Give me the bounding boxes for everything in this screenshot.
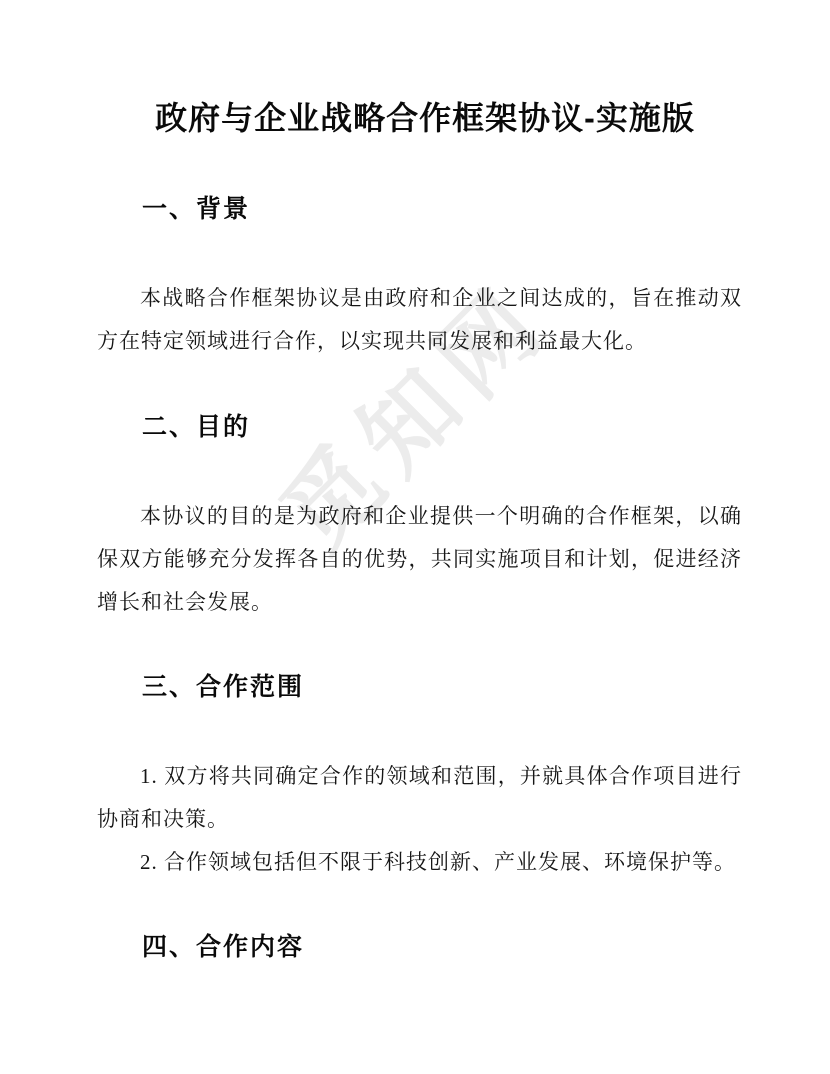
document-page: 觅知网 政府与企业战略合作框架协议-实施版 一、背景 本战略合作框架协议是由政府… — [0, 0, 830, 1074]
paragraph: 本战略合作框架协议是由政府和企业之间达成的，旨在推动双方在特定领域进行合作，以实… — [97, 277, 742, 363]
section-heading-cooperation-content: 四、合作内容 — [142, 933, 304, 962]
section-body-cooperation-scope: 1. 双方将共同确定合作的领域和范围，并就具体合作项目进行协商和决策。 2. 合… — [97, 755, 742, 884]
paragraph: 本协议的目的是为政府和企业提供一个明确的合作框架，以确保双方能够充分发挥各自的优… — [97, 495, 742, 624]
section-heading-background: 一、背景 — [142, 195, 250, 224]
section-body-background: 本战略合作框架协议是由政府和企业之间达成的，旨在推动双方在特定领域进行合作，以实… — [97, 277, 742, 363]
document-title: 政府与企业战略合作框架协议-实施版 — [20, 99, 830, 137]
section-heading-cooperation-scope: 三、合作范围 — [142, 673, 304, 702]
section-heading-purpose: 二、目的 — [142, 413, 250, 442]
section-body-purpose: 本协议的目的是为政府和企业提供一个明确的合作框架，以确保双方能够充分发挥各自的优… — [97, 495, 742, 624]
list-item-2: 2. 合作领域包括但不限于科技创新、产业发展、环境保护等。 — [97, 841, 742, 884]
list-item-1: 1. 双方将共同确定合作的领域和范围，并就具体合作项目进行协商和决策。 — [97, 755, 742, 841]
